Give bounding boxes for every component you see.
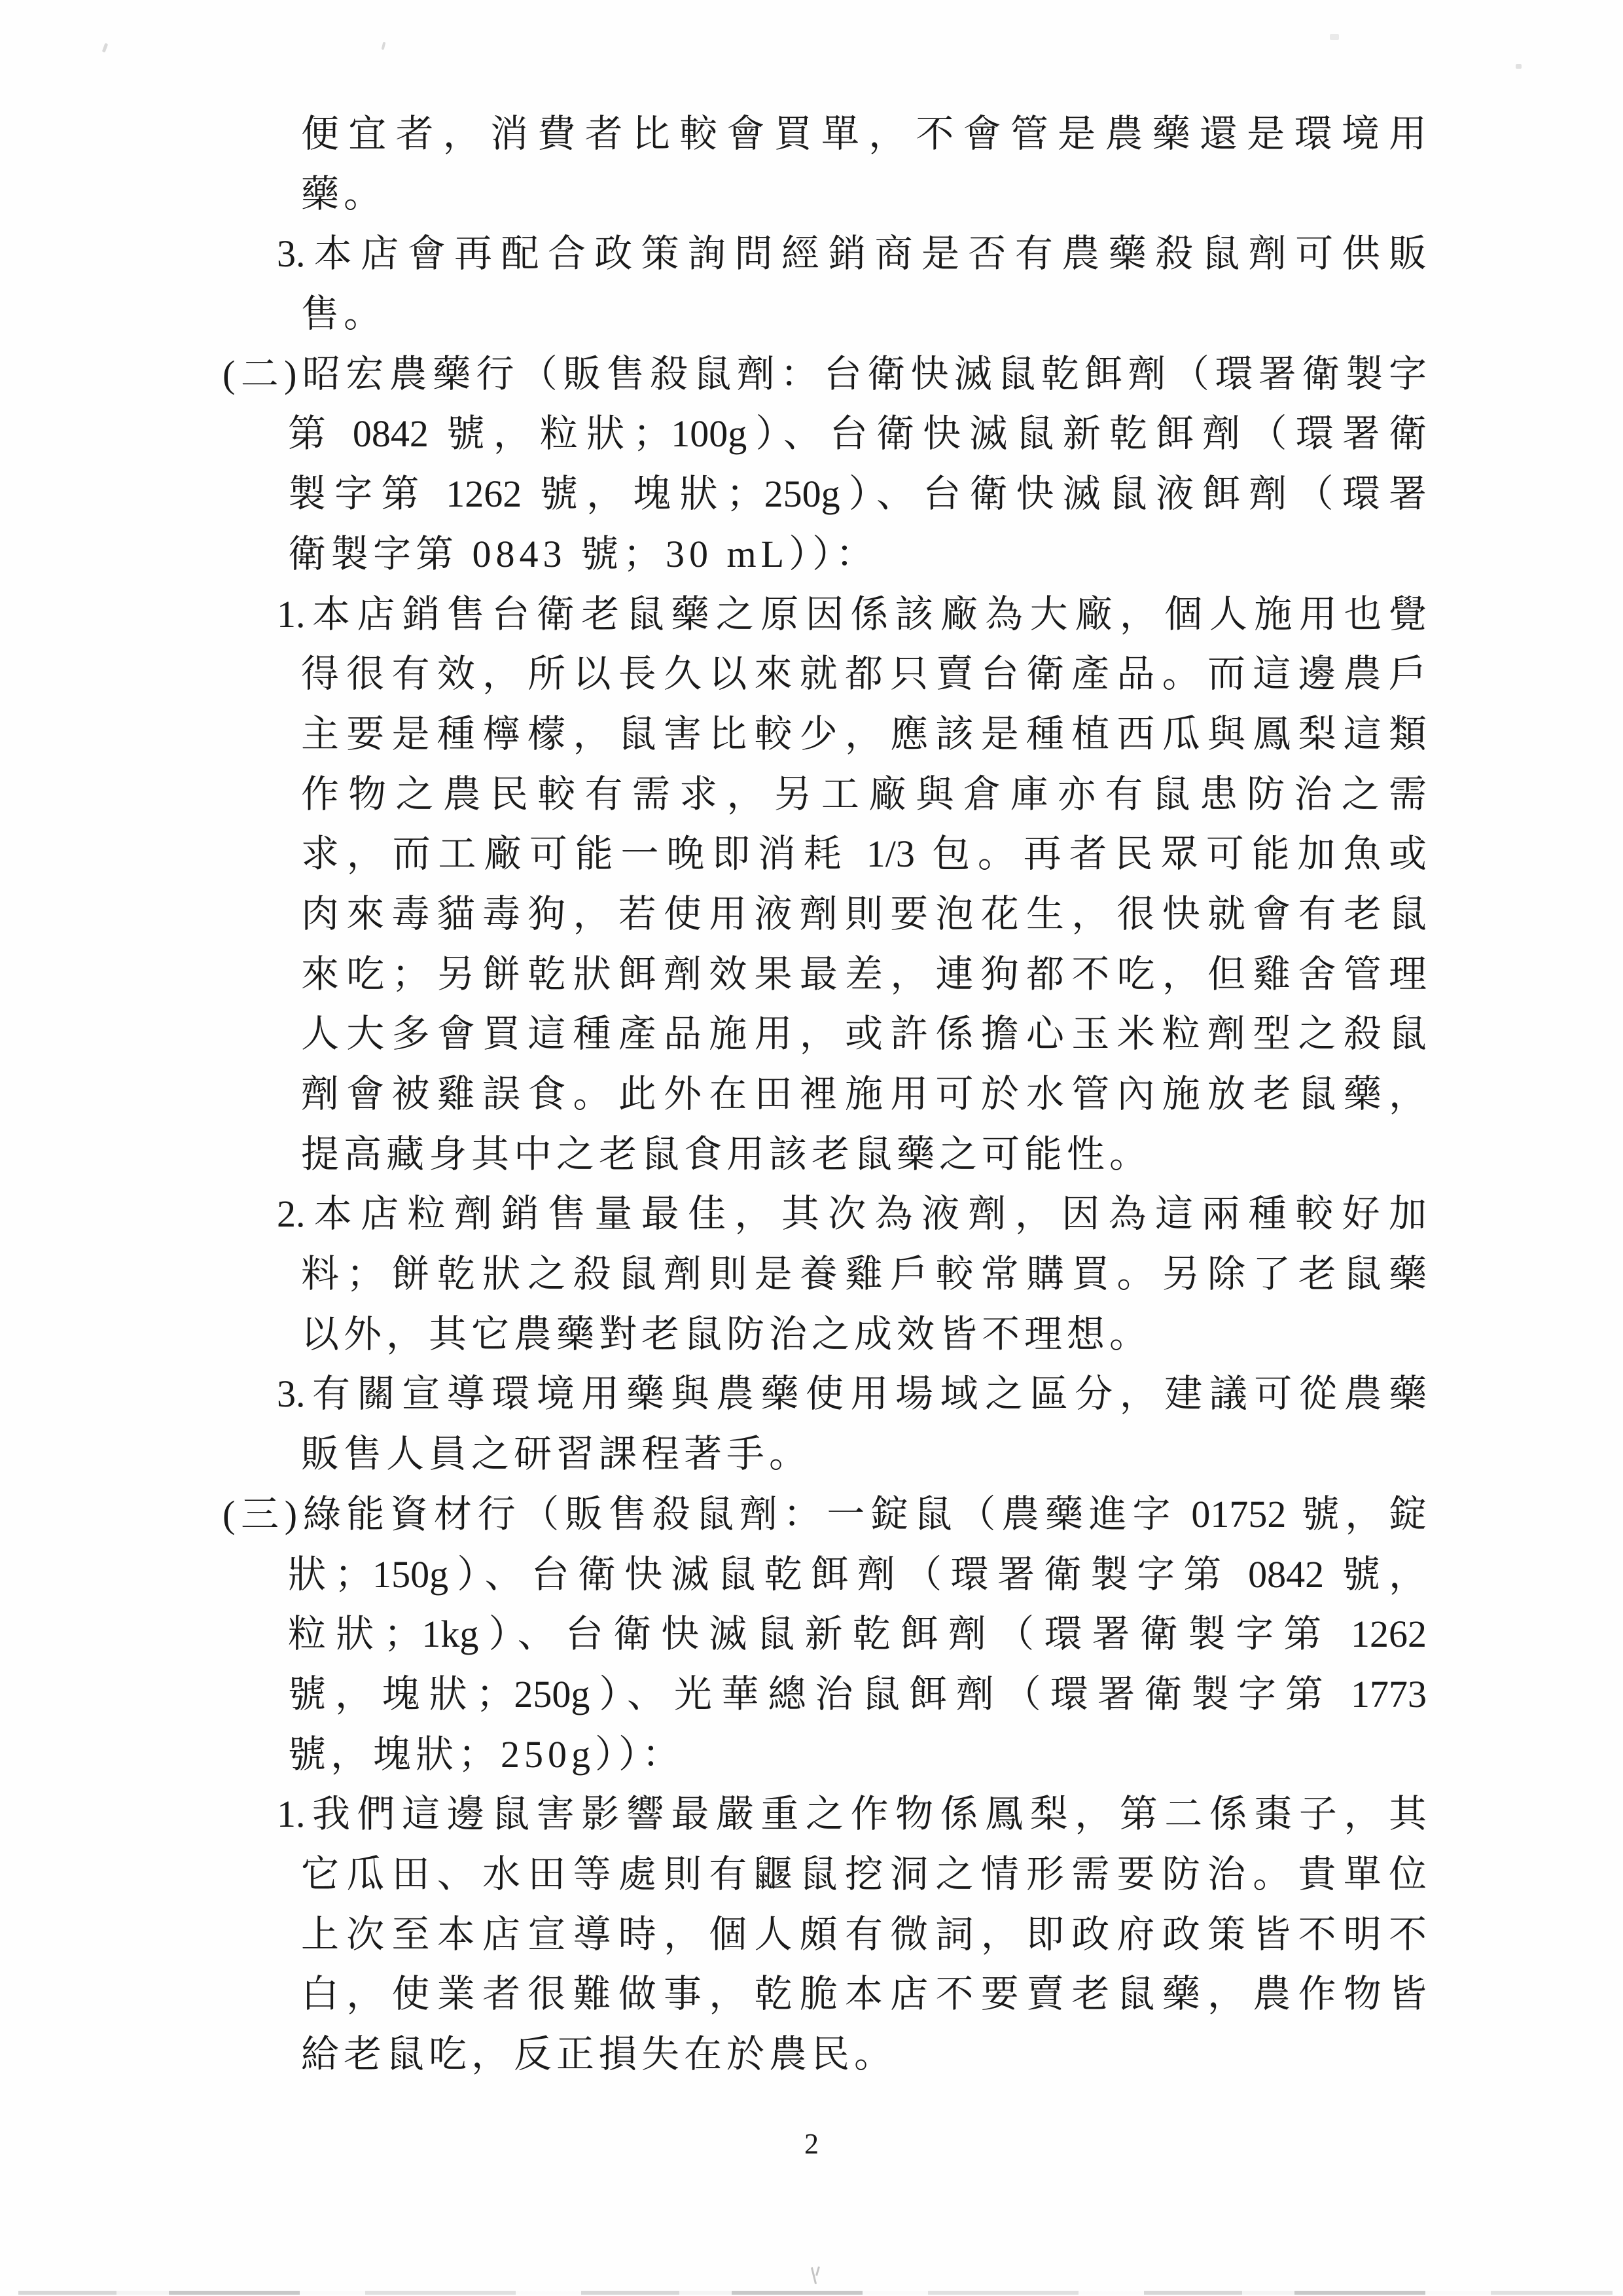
document-body: 便宜者，消費者比較會買單，不會管是農藥還是環境用藥。3.本店會再配合政策詢問經銷… [0,104,1427,2085]
text-line: (三)綠能資材行（販售殺鼠劑：一錠鼠（農藥進字 01752 號，錠 [0,1484,1427,1545]
scan-speck [382,42,386,50]
text-line: 1.本店銷售台衛老鼠藥之原因係該廠為大廠，個人施用也覺 [0,584,1427,645]
text-line: (二)昭宏農藥行（販售殺鼠劑：台衛快滅鼠乾餌劑（環署衛製字 [0,344,1427,404]
text-line: 粒狀；1kg）、台衛快滅鼠新乾餌劑（環署衛製字第 1262 [0,1604,1427,1664]
text-line: 人大多會買這種產品施用，或許係擔心玉米粒劑型之殺鼠 [0,1004,1427,1064]
text-line: 肉來毒貓毒狗，若使用液劑則要泡花生，很快就會有老鼠 [0,884,1427,944]
text-line: 衛製字第 0843 號；30 mL））： [0,524,1427,584]
text-line: 以外，其它農藥對老鼠防治之成效皆不理想。 [0,1304,1427,1365]
text-line: 料；餅乾狀之殺鼠劑則是養雞戶較常購買。另除了老鼠藥 [0,1244,1427,1304]
page-number: 2 [0,2127,1623,2161]
text-line: 來吃；另餅乾狀餌劑效果最差，連狗都不吃，但雞舍管理 [0,944,1427,1005]
text-line: 劑會被雞誤食。此外在田裡施用可於水管內施放老鼠藥， [0,1064,1427,1124]
text-line: 號，塊狀；250g））： [0,1725,1427,1785]
text-line: 作物之農民較有需求，另工廠與倉庫亦有鼠患防治之需 [0,764,1427,825]
scan-speck [102,43,108,53]
text-line: 得很有效，所以長久以來就都只賣台衛產品。而這邊農戶 [0,644,1427,704]
text-line: 2.本店粒劑銷售量最佳，其次為液劑，因為這兩種較好加 [0,1184,1427,1244]
scan-speck [1330,34,1339,40]
scan-artifact-mark [809,2266,822,2286]
text-line: 號，塊狀；250g）、光華總治鼠餌劑（環署衛製字第 1773 [0,1664,1427,1725]
text-line: 它瓜田、水田等處則有鼴鼠挖洞之情形需要防治。貴單位 [0,1844,1427,1905]
text-line: 製字第 1262 號，塊狀；250g）、台衛快滅鼠液餌劑（環署 [0,464,1427,524]
text-line: 3.有關宣導環境用藥與農藥使用場域之區分，建議可從農藥 [0,1364,1427,1424]
text-line: 1.我們這邊鼠害影響最嚴重之作物係鳳梨，第二係棗子，其 [0,1784,1427,1844]
text-line: 給老鼠吃，反正損失在於農民。 [0,2024,1427,2085]
text-line: 藥。 [0,164,1427,224]
document-page: 便宜者，消費者比較會買單，不會管是農藥還是環境用藥。3.本店會再配合政策詢問經銷… [0,0,1623,2296]
text-line: 第 0842 號，粒狀；100g）、台衛快滅鼠新乾餌劑（環署衛 [0,404,1427,464]
text-line: 白，使業者很難做事，乾脆本店不要賣老鼠藥，農作物皆 [0,1964,1427,2024]
text-line: 提高藏身其中之老鼠食用該老鼠藥之可能性。 [0,1124,1427,1185]
scan-speck [1516,64,1522,69]
scan-artifact-bottom-edge [18,2291,1613,2295]
text-line: 求，而工廠可能一晚即消耗 1/3 包。再者民眾可能加魚或 [0,824,1427,884]
text-line: 販售人員之研習課程著手。 [0,1424,1427,1484]
text-line: 3.本店會再配合政策詢問經銷商是否有農藥殺鼠劑可供販 [0,224,1427,284]
text-line: 上次至本店宣導時，個人頗有微詞，即政府政策皆不明不 [0,1905,1427,1965]
text-line: 售。 [0,284,1427,344]
text-line: 便宜者，消費者比較會買單，不會管是農藥還是環境用 [0,104,1427,164]
text-line: 狀；150g）、台衛快滅鼠乾餌劑（環署衛製字第 0842 號， [0,1545,1427,1605]
text-line: 主要是種檸檬，鼠害比較少，應該是種植西瓜與鳳梨這類 [0,704,1427,764]
